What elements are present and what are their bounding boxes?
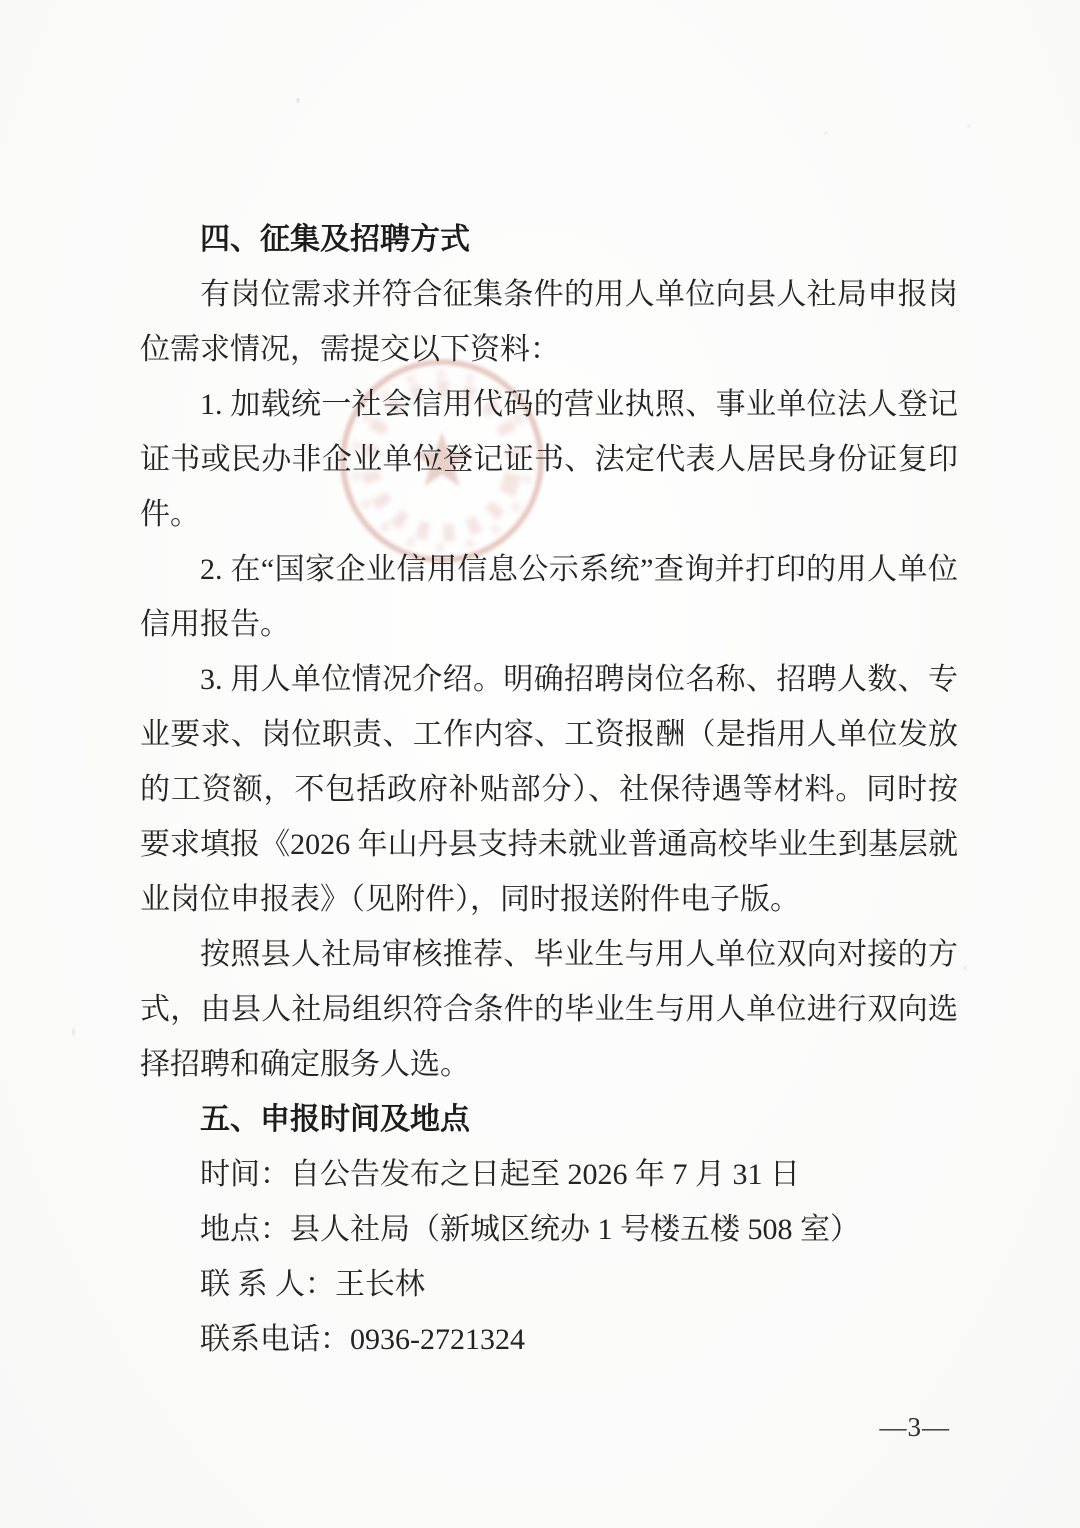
document-page: 四、征集及招聘方式 有岗位需求并符合征集条件的用人单位向县人社局申报岗位需求情况… [0, 0, 1080, 1528]
section-heading-time-place: 五、申报时间及地点 [140, 1092, 958, 1147]
scan-speck [296, 98, 300, 103]
scan-speck [967, 124, 971, 128]
paragraph-item-3: 3. 用人单位情况介绍。明确招聘岗位名称、招聘人数、专业要求、岗位职责、工作内容… [140, 652, 958, 927]
paragraph-item-2: 2. 在“国家企业信用信息公示系统”查询并打印的用人单位信用报告。 [140, 542, 958, 652]
scan-speck [824, 131, 828, 135]
paragraph-place: 地点：县人社局（新城区统办 1 号楼五楼 508 室） [140, 1202, 958, 1257]
paragraph-contact-person: 联 系 人：王长林 [140, 1257, 958, 1312]
paragraph-matching-process: 按照县人社局审核推荐、毕业生与用人单位双向对接的方式，由县人社局组织符合条件的毕… [140, 927, 958, 1092]
paragraph-time: 时间：自公告发布之日起至 2026 年 7 月 31 日 [140, 1147, 958, 1202]
scan-speck [963, 966, 967, 970]
scan-speck [72, 1028, 75, 1036]
document-body: 四、征集及招聘方式 有岗位需求并符合征集条件的用人单位向县人社局申报岗位需求情况… [140, 212, 958, 1367]
page-number: —3— [880, 1412, 951, 1443]
paragraph-item-1: 1. 加载统一社会信用代码的营业执照、事业单位法人登记证书或民办非企业单位登记证… [140, 377, 958, 542]
paragraph-intro: 有岗位需求并符合征集条件的用人单位向县人社局申报岗位需求情况，需提交以下资料： [140, 267, 958, 377]
section-heading-collection-method: 四、征集及招聘方式 [140, 212, 958, 267]
paragraph-contact-phone: 联系电话：0936-2721324 [140, 1312, 958, 1367]
